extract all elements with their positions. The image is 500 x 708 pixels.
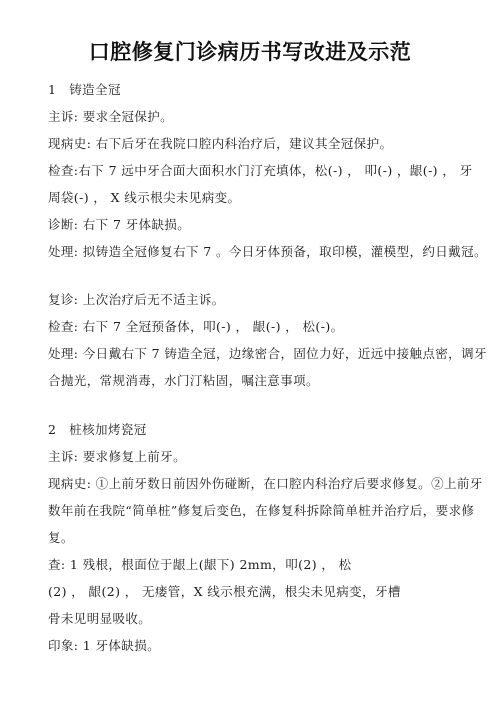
record-line-present-illness-continued: 数年前在我院“简单桩”修复后变色，在修复科拆除简单桩并治疗后，要求修	[48, 497, 456, 524]
record-line-examination-continued: (2) ， 龈(2) ， 无瘘管，X 线示根充满，根尖未见病变，牙槽	[48, 578, 456, 605]
record-line-examination: 检查:右下 7 远中牙合面大面积水门汀充填体，松(-) ， 叩(-) ，龈(-)…	[48, 157, 456, 184]
record-line-followup-examination: 检查: 右下 7 全冠预备体，叩(-) ， 龈(-) ， 松(-)。	[48, 313, 456, 340]
record-line-examination-continued: 周袋(-) ， X 线示根尖未见病变。	[48, 184, 456, 211]
record-line-chief-complaint: 主诉: 要求修复上前牙。	[48, 443, 456, 470]
record-line-treatment: 处理: 拟铸造全冠修复右下 7 。今日牙体预备，取印模，灌模型，约日戴冠。	[48, 238, 456, 265]
record-line-followup: 复诊: 上次治疗后无不适主诉。	[48, 286, 456, 313]
document-content: 口腔修复门诊病历书写改进及示范 1 铸造全冠 主诉: 要求全冠保护。 现病史: …	[0, 0, 500, 659]
record-line-present-illness: 现病史: 右下后牙在我院口腔内科治疗后，建议其全冠保护。	[48, 130, 456, 157]
record-line-present-illness: 现病史: ①上前牙数日前因外伤碰断，在口腔内科治疗后要求修复。②上前牙	[48, 470, 456, 497]
record-line-followup-treatment: 处理: 今日戴右下 7 铸造全冠，边缘密合，固位力好，近远中接触点密，调牙	[48, 340, 456, 367]
section-heading-post-core-porcelain-crown: 2 桩核加烤瓷冠	[48, 416, 456, 443]
section-heading-cast-full-crown: 1 铸造全冠	[48, 76, 456, 103]
paragraph-gap	[48, 265, 456, 286]
record-line-chief-complaint: 主诉: 要求全冠保护。	[48, 103, 456, 130]
record-line-followup-treatment-continued: 合抛光，常规消毒，水门汀粘固，嘱注意事项。	[48, 367, 456, 394]
record-line-present-illness-continued-2: 复。	[48, 524, 456, 551]
record-line-impression: 印象: 1 牙体缺损。	[48, 632, 456, 659]
record-line-diagnosis: 诊断: 右下 7 牙体缺损。	[48, 211, 456, 238]
medical-record-document-page: 口腔修复门诊病历书写改进及示范 1 铸造全冠 主诉: 要求全冠保护。 现病史: …	[0, 0, 500, 708]
record-line-examination: 查: 1 残根，根面位于龈上(龈下) 2mm，叩(2) ， 松	[48, 551, 456, 578]
section-gap	[48, 394, 456, 410]
document-title: 口腔修复门诊病历书写改进及示范	[44, 34, 456, 70]
record-line-examination-continued-2: 骨未见明显吸收。	[48, 605, 456, 632]
